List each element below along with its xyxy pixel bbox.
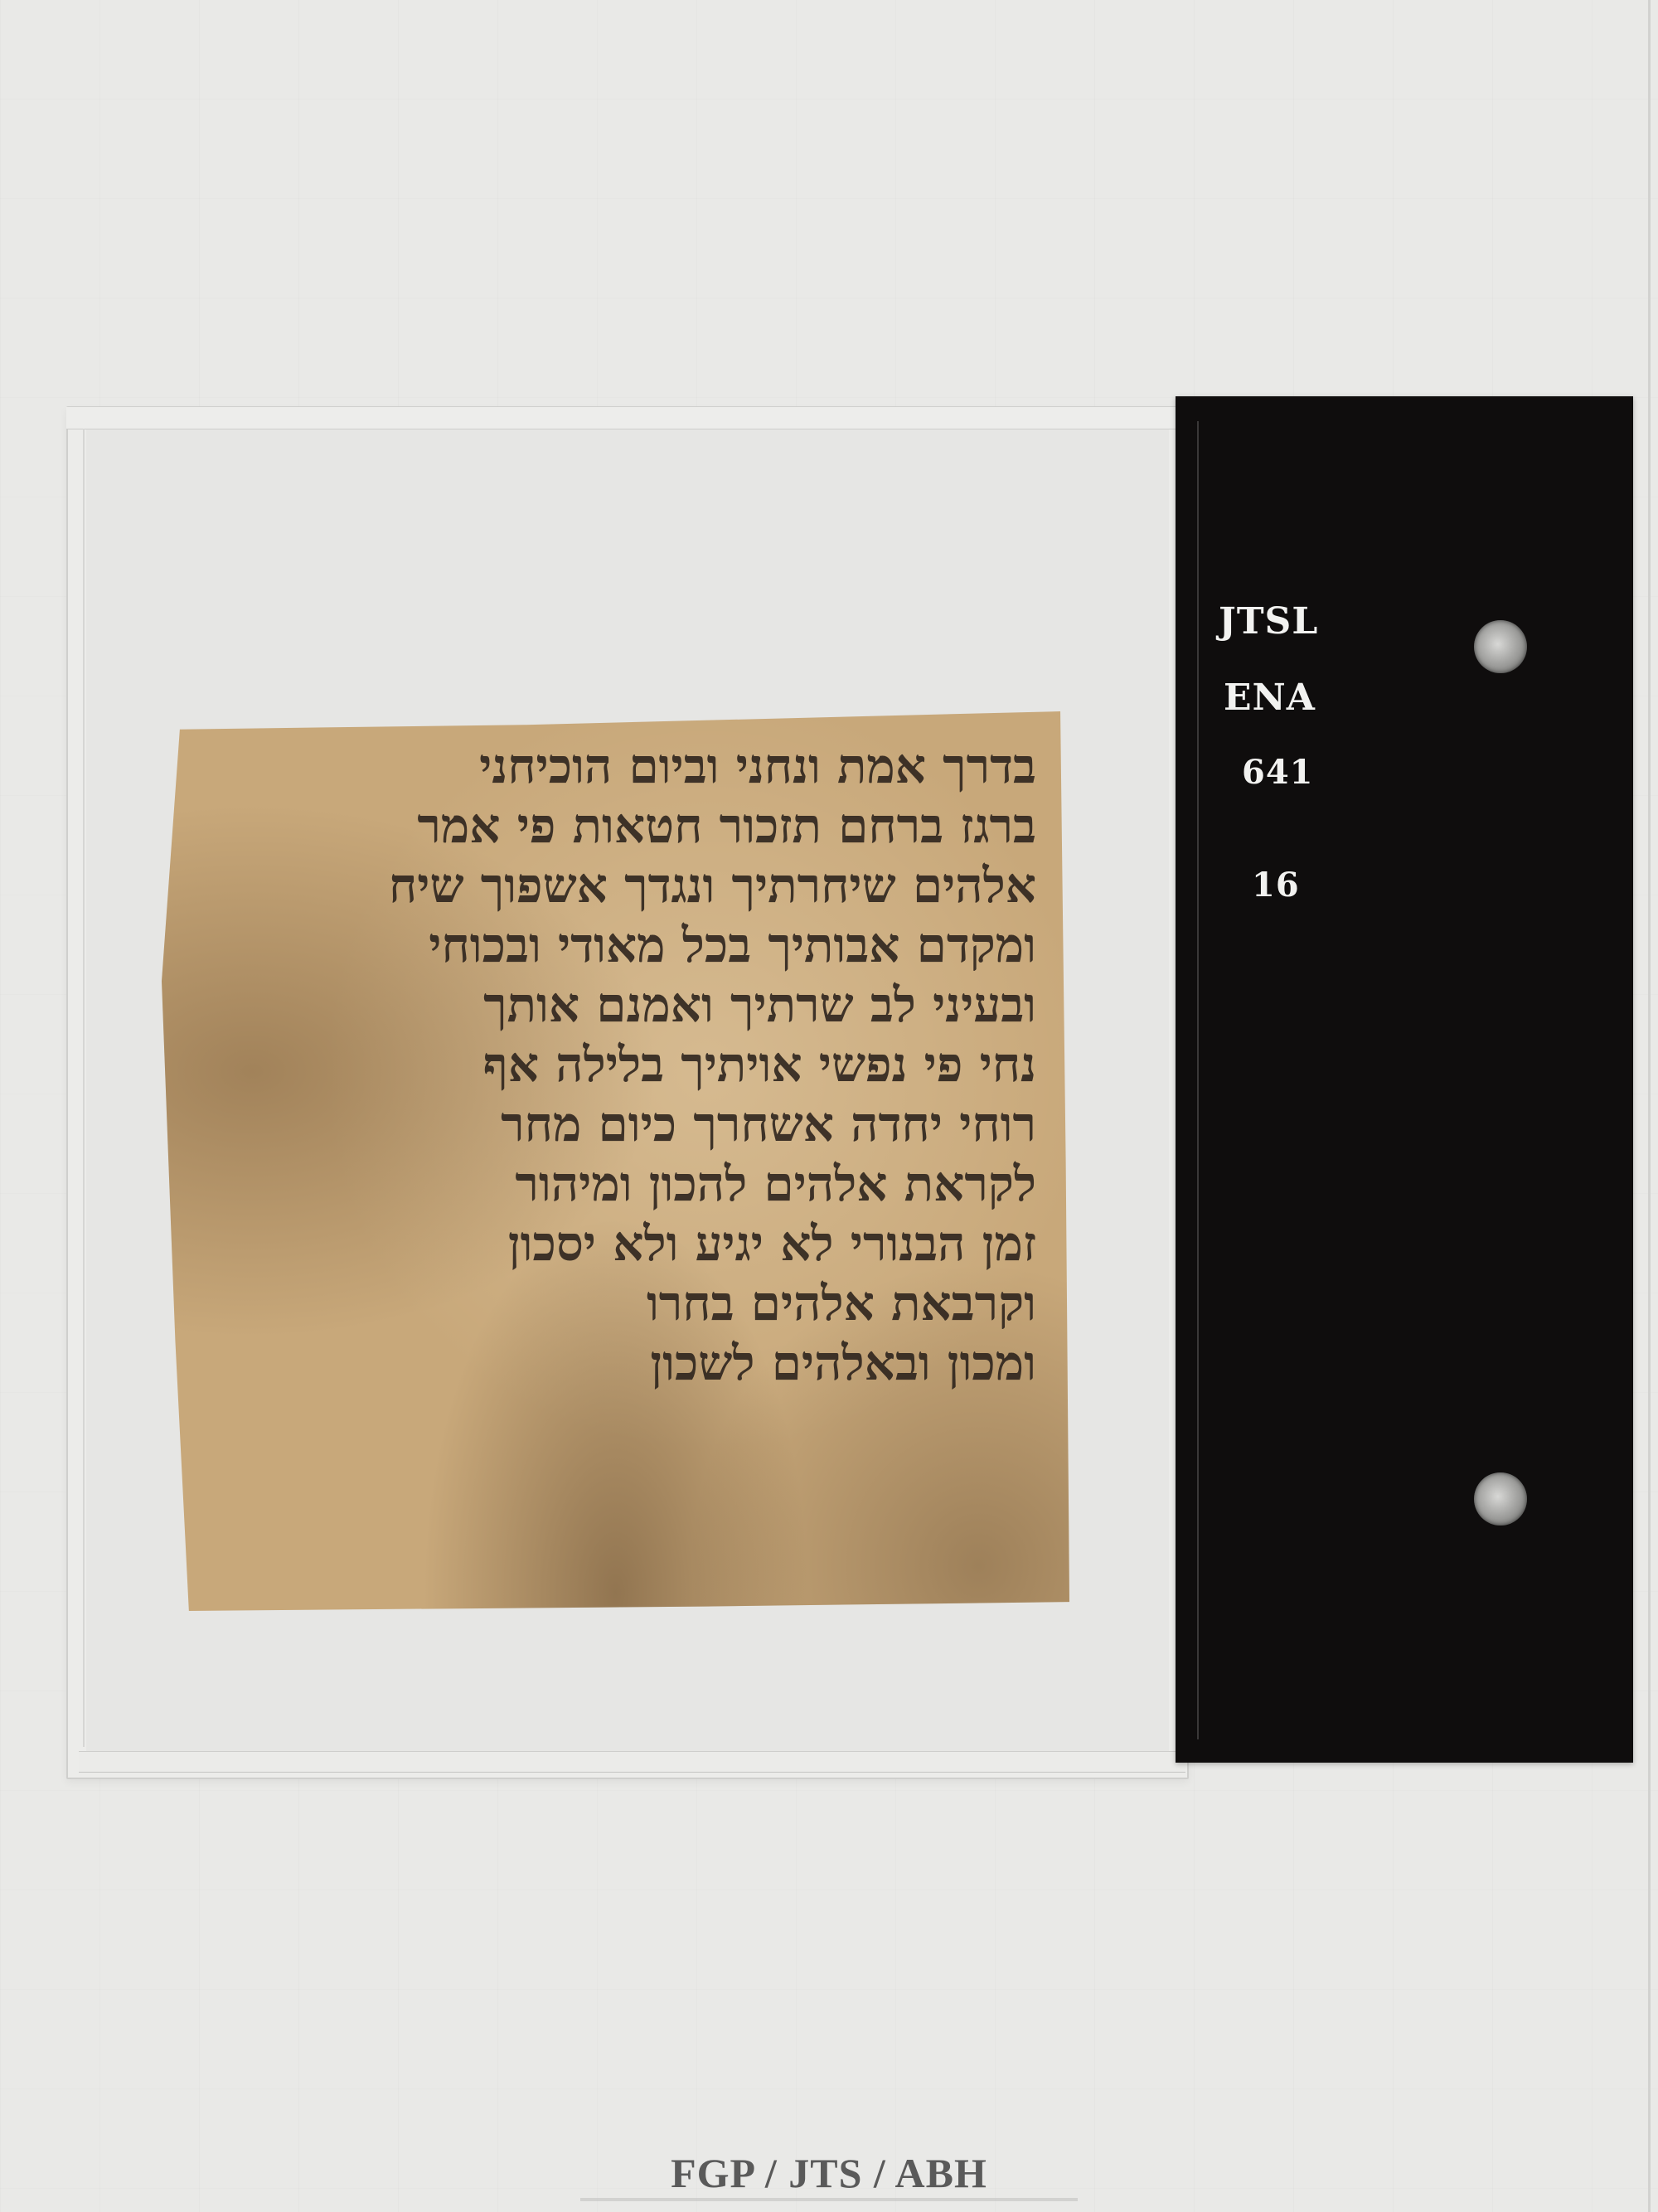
footer-rule bbox=[580, 2198, 1078, 2201]
manuscript-line: בדרך אמת ונחני וביום הוכיחני bbox=[178, 736, 1036, 796]
acrylic-mount-left-edge bbox=[83, 429, 85, 1747]
label-box-number: 641 bbox=[1242, 756, 1314, 789]
label-series: ENA bbox=[1224, 680, 1316, 716]
manuscript-line: ברגז ברחם תזכור חטאות פי אמר bbox=[178, 796, 1036, 856]
manuscript-text: בדרך אמת ונחני וביום הוכיחני ברגז ברחם ת… bbox=[178, 736, 1036, 1561]
manuscript-line: ומקדם אבותיך בכל מאודי ובכוחי bbox=[178, 915, 1036, 975]
photo-credit: FGP / JTS / ABH bbox=[0, 2149, 1658, 2197]
manuscript-line: נחי פי נפשי אויתיך בלילה אף bbox=[178, 1035, 1036, 1094]
shelfmark-label: JTSL ENA 641 16 bbox=[1176, 396, 1633, 1763]
mount-hole-icon bbox=[1474, 1472, 1527, 1526]
acrylic-mount-top-edge bbox=[66, 407, 1185, 429]
label-item-number: 16 bbox=[1252, 869, 1300, 902]
manuscript-line: ומכון ובאלהים לשכון bbox=[178, 1333, 1036, 1393]
mount-hole-icon bbox=[1474, 620, 1527, 673]
manuscript-fragment: בדרך אמת ונחני וביום הוכיחני ברגז ברחם ת… bbox=[162, 711, 1069, 1611]
background-edge-rule bbox=[1648, 0, 1651, 2212]
manuscript-line: זמן הבנורי לא יגיע ולא יסכון bbox=[178, 1214, 1036, 1273]
acrylic-mount-bottom-edge bbox=[79, 1751, 1185, 1773]
manuscript-line: רוחי יחדה אשחרך כיום מחר bbox=[178, 1094, 1036, 1154]
manuscript-line: אלהים שיחרתיך ונגדך אשפוך שיח bbox=[178, 856, 1036, 915]
label-collection: JTSL bbox=[1219, 604, 1318, 640]
manuscript-line: ובעיני לב שרתיך ואמנם אותך bbox=[178, 975, 1036, 1035]
manuscript-line: וקרבאת אלהים בחרו bbox=[178, 1273, 1036, 1333]
manuscript-line: לקראת אלהים להכון ומיהור bbox=[178, 1154, 1036, 1214]
label-rule bbox=[1197, 421, 1199, 1739]
